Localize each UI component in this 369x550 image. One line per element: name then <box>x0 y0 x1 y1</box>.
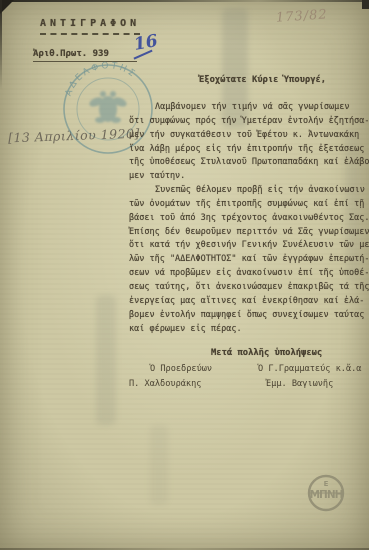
body-line: ἵνα λάβῃ μέρος εἰς τήν ἐπιτροπήν τῆς ἐξε… <box>129 143 369 157</box>
copy-label: ΑΝΤΙΓΡΑΦΟΝ <box>40 18 140 35</box>
signature-left-name: Π. Χαλδουράκης <box>129 379 201 389</box>
signature-right-title: Ὁ Γ.Γραμματεύς κ.ἄ.α <box>258 364 361 374</box>
monogram-top-letter: Ε <box>324 480 329 488</box>
archive-monogram-stamp: Ε ΜΠΝΗ <box>305 472 347 514</box>
body-line: ἐνεργείας μας αἵτινες καί ἐνεκρίθησαν κα… <box>129 295 369 309</box>
scan-corner-top-right <box>362 0 369 9</box>
scan-corner-top-left <box>0 0 14 14</box>
stamp-eagle-emblem <box>88 91 128 123</box>
body-line: μεν τήν συγκατάθεσιν τοῦ Ἐφέτου κ. Ἀντων… <box>129 129 369 143</box>
scanned-letter-page: ΑΝΤΙΓΡΑΦΟΝ Ἀριθ.Πρωτ. 939 16 173/82 [13 … <box>0 0 369 550</box>
body-line: τῶν ὀνομάτων τῆς ἐπιτροπῆς συμφώνως καί … <box>129 198 369 212</box>
body-line: καί φέρωμεν εἰς πέρας. <box>129 323 369 337</box>
signature-right-name: Ἐμμ. Βαγιωνῆς <box>266 379 333 389</box>
body-line: ὅτι κατά τήν χθεσινήν Γενικήν Συνέλευσιν… <box>129 239 369 253</box>
body-line: Λαμβάνομεν τήν τιμήν νά σᾶς γνωρίσωμεν <box>129 101 369 115</box>
body-line: λῶν τῆς "ΑΔΕΛΦΟΤΗΤΟΣ" καί τῶν ἐγγράφων ἐ… <box>129 253 369 267</box>
letter-body: Λαμβάνομεν τήν τιμήν νά σᾶς γνωρίσωμεν ὅ… <box>129 101 369 336</box>
monogram-letters: ΜΠΝΗ <box>310 489 343 501</box>
body-line: σεως ταύτης, ὅτι ἀνεκοινώσαμεν ἐπακριβῶς… <box>129 281 369 295</box>
body-line: μεν ταύτην. <box>129 170 369 184</box>
body-line: Συνεπῶς θέλομεν προβῇ εἰς τήν ἀνακοίνωσι… <box>129 184 369 198</box>
archive-number-note: 173/82 <box>276 7 329 26</box>
body-line: Ἐπίσης δέν θεωροῦμεν περιττόν νά Σᾶς γνω… <box>129 226 369 240</box>
scan-edge-left <box>0 0 2 90</box>
ink-bleedthrough <box>150 425 168 505</box>
handwritten-number-note: 16 <box>132 31 159 55</box>
body-line: ὅτι συμφώνως πρός τήν Ὑμετέραν ἐντολήν ἐ… <box>129 115 369 129</box>
scan-edge-top <box>0 0 369 2</box>
body-line: τῆς ὑποθέσεως Στυλιανοῦ Πρωτοπαπαδάκη κα… <box>129 156 369 170</box>
ink-bleedthrough <box>96 295 116 425</box>
closing-phrase: Μετά πολλῆς ὑπολήψεως <box>211 348 322 358</box>
body-line: σεων νά προβῶμεν εἰς ἀνακοίνωσιν ἐπί τῆς… <box>129 267 369 281</box>
body-line: βάσει τοῦ ἀπό 3ης τρέχοντος ἀνακοινωθέντ… <box>129 212 369 226</box>
signature-left-title: Ὁ Προεδρεύων <box>150 364 212 374</box>
body-line: βομεν ἐντολήν παμψηφεί ὅπως συνεχίσωμεν … <box>129 309 369 323</box>
salutation: Ἐξοχώτατε Κύριε Ὑπουργέ, <box>199 75 326 85</box>
